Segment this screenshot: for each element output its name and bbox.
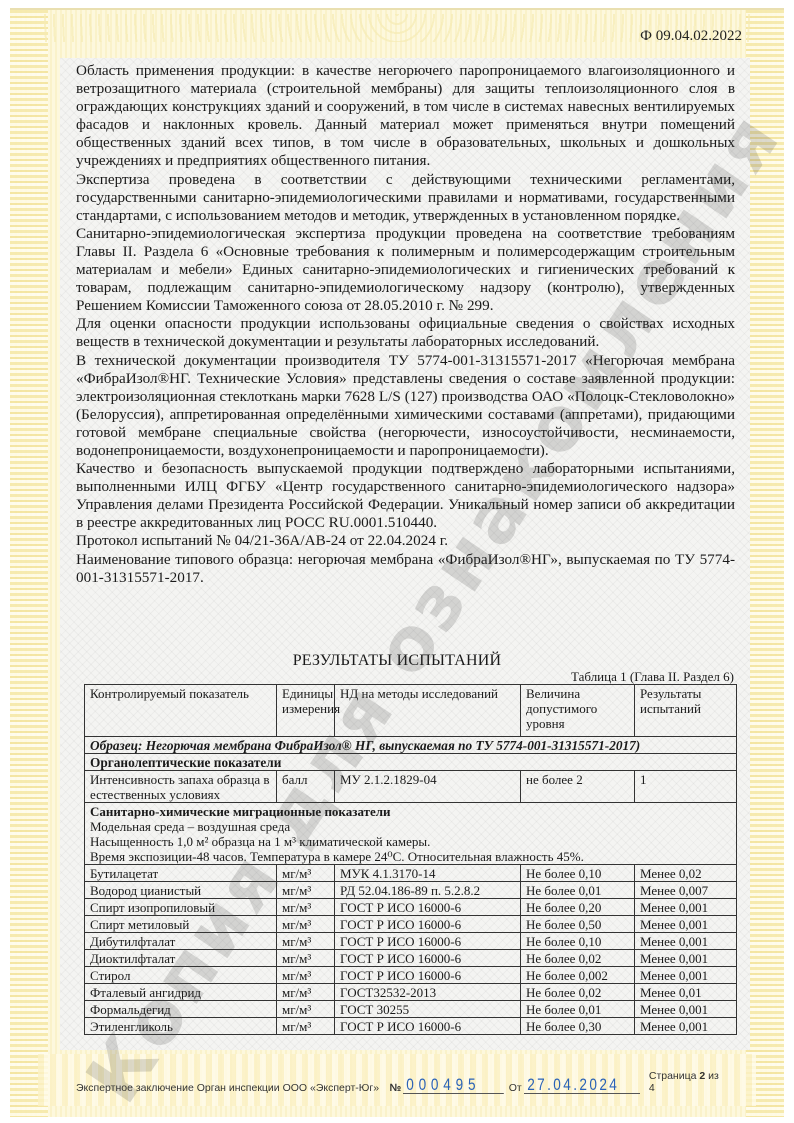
cell-allowed-level: Не более 0,10 — [521, 865, 635, 882]
cell-result: Менее 0,001 — [635, 950, 737, 967]
footer-organization: Экспертное заключение Орган инспекции ОО… — [76, 1082, 389, 1094]
header-indicator: Контролируемый показатель — [85, 685, 277, 737]
table-row: Стиролмг/м³ГОСТ Р ИСО 16000-6Не более 0,… — [85, 967, 737, 984]
cell-result: Менее 0,01 — [635, 984, 737, 1001]
cell-units: балл — [277, 771, 335, 803]
test-condition: Насыщенность 1,0 м² образца на 1 м³ клим… — [90, 834, 731, 849]
cell-allowed-level: Не более 0,01 — [521, 882, 635, 899]
cell-allowed-level: Не более 0,30 — [521, 1018, 635, 1035]
cell-units: мг/м³ — [277, 1001, 335, 1018]
cell-allowed-level: Не более 0,02 — [521, 950, 635, 967]
cell-method: ГОСТ Р ИСО 16000-6 — [335, 916, 521, 933]
cell-method: ГОСТ Р ИСО 16000-6 — [335, 967, 521, 984]
paragraph-quality: Качество и безопасность выпускаемой прод… — [76, 460, 735, 532]
cell-indicator: Этиленгликоль — [85, 1018, 277, 1035]
sample-row: Образец: Негорючая мембрана ФибраИзол® Н… — [85, 737, 737, 754]
cell-allowed-level: Не более 0,01 — [521, 1001, 635, 1018]
page-footer: Экспертное заключение Орган инспекции ОО… — [76, 1070, 726, 1094]
page-indicator: Страница 2 из 4 — [649, 1070, 726, 1094]
cell-indicator: Спирт метиловый — [85, 916, 277, 933]
cell-allowed-level: Не более 0,10 — [521, 933, 635, 950]
document-number-stamp: 000495 — [403, 1076, 503, 1094]
section-title: Органолептические показатели — [85, 754, 737, 771]
cell-method: ГОСТ Р ИСО 16000-6 — [335, 899, 521, 916]
cell-units: мг/м³ — [277, 865, 335, 882]
table-row: Формальдегидмг/м³ГОСТ 30255Не более 0,01… — [85, 1001, 737, 1018]
section-row-migration: Санитарно-химические миграционные показа… — [85, 803, 737, 865]
test-condition: Время экспозиции-48 часов. Температура в… — [90, 849, 731, 864]
cell-indicator: Спирт изопропиловый — [85, 899, 277, 916]
page-total: 4 — [649, 1082, 655, 1094]
table-row: Этиленгликольмг/м³ГОСТ Р ИСО 16000-6Не б… — [85, 1018, 737, 1035]
cell-units: мг/м³ — [277, 933, 335, 950]
section-row-organoleptic: Органолептические показатели — [85, 754, 737, 771]
cell-result: Менее 0,02 — [635, 865, 737, 882]
cell-indicator: Водород цианистый — [85, 882, 277, 899]
page-current: 2 — [699, 1070, 705, 1082]
cell-units: мг/м³ — [277, 882, 335, 899]
cell-allowed-level: Не более 0,02 — [521, 984, 635, 1001]
cell-method: ГОСТ Р ИСО 16000-6 — [335, 933, 521, 950]
cell-allowed-level: Не более 0,002 — [521, 967, 635, 984]
header-units: Единицы измерения — [277, 685, 335, 737]
test-condition: Модельная среда – воздушная среда — [90, 819, 731, 834]
header-allowed-level: Величина допустимого уровня — [521, 685, 635, 737]
cell-units: мг/м³ — [277, 967, 335, 984]
cell-result: Менее 0,001 — [635, 899, 737, 916]
cell-result: Менее 0,007 — [635, 882, 737, 899]
table-row: Интенсивность запаха образца в естествен… — [85, 771, 737, 803]
cell-result: Менее 0,001 — [635, 933, 737, 950]
section-title: Санитарно-химические миграционные показа… — [90, 804, 731, 819]
form-code: Ф 09.04.02.2022 — [640, 28, 742, 45]
cell-indicator: Формальдегид — [85, 1001, 277, 1018]
cell-indicator: Стирол — [85, 967, 277, 984]
paragraph-sample-name: Наименование типового образца: негорючая… — [76, 551, 735, 587]
cell-result: Менее 0,001 — [635, 916, 737, 933]
cell-indicator: Фталевый ангидрид — [85, 984, 277, 1001]
results-title: РЕЗУЛЬТАТЫ ИСПЫТАНИЙ — [0, 652, 794, 670]
sample-description: Образец: Негорючая мембрана ФибраИзол® Н… — [85, 737, 737, 754]
paragraph-hazard-assessment: Для оценки опасности продукции использов… — [76, 315, 735, 351]
cell-indicator: Диоктилфталат — [85, 950, 277, 967]
table-caption: Таблица 1 (Глава II. Раздел 6) — [571, 669, 734, 685]
cell-result: 1 — [635, 771, 737, 803]
table-row: Дибутилфталатмг/м³ГОСТ Р ИСО 16000-6Не б… — [85, 933, 737, 950]
cell-units: мг/м³ — [277, 950, 335, 967]
header-methods: НД на методы исследований — [335, 685, 521, 737]
cell-indicator: Бутилацетат — [85, 865, 277, 882]
document-body: Область применения продукции: в качестве… — [76, 62, 735, 587]
cell-result: Менее 0,001 — [635, 967, 737, 984]
table-row: Спирт изопропиловыймг/м³ГОСТ Р ИСО 16000… — [85, 899, 737, 916]
cell-method: МУК 4.1.3170-14 — [335, 865, 521, 882]
cell-allowed-level: не более 2 — [521, 771, 635, 803]
results-table: Контролируемый показатель Единицы измере… — [84, 684, 737, 1035]
table-row: Водород цианистыймг/м³РД 52.04.186-89 п.… — [85, 882, 737, 899]
cell-indicator: Дибутилфталат — [85, 933, 277, 950]
paragraph-protocol: Протокол испытаний № 04/21-36А/АВ-24 от … — [76, 532, 735, 550]
paragraph-expertise-basis: Экспертиза проведена в соответствии с де… — [76, 171, 735, 225]
cell-method: ГОСТ 30255 — [335, 1001, 521, 1018]
cell-result: Менее 0,001 — [635, 1018, 737, 1035]
table-row: Фталевый ангидридмг/м³ГОСТ32532-2013Не б… — [85, 984, 737, 1001]
header-results: Результаты испытаний — [635, 685, 737, 737]
table-row: Диоктилфталатмг/м³ГОСТ Р ИСО 16000-6Не б… — [85, 950, 737, 967]
cell-units: мг/м³ — [277, 899, 335, 916]
cell-allowed-level: Не более 0,20 — [521, 899, 635, 916]
cell-allowed-level: Не более 0,50 — [521, 916, 635, 933]
paragraph-scope: Область применения продукции: в качестве… — [76, 62, 735, 171]
document-date-stamp: 27.04.2024 — [524, 1076, 640, 1094]
cell-method: ГОСТ Р ИСО 16000-6 — [335, 950, 521, 967]
cell-units: мг/м³ — [277, 916, 335, 933]
cell-units: мг/м³ — [277, 984, 335, 1001]
cell-method: РД 52.04.186-89 п. 5.2.8.2 — [335, 882, 521, 899]
cell-method: МУ 2.1.2.1829-04 — [335, 771, 521, 803]
footer-date-label: От — [509, 1082, 522, 1094]
paragraph-technical-docs: В технической документации производителя… — [76, 352, 735, 461]
cell-indicator: Интенсивность запаха образца в естествен… — [85, 771, 277, 803]
table-header-row: Контролируемый показатель Единицы измере… — [85, 685, 737, 737]
cell-method: ГОСТ Р ИСО 16000-6 — [335, 1018, 521, 1035]
cell-method: ГОСТ32532-2013 — [335, 984, 521, 1001]
table-row: Бутилацетатмг/м³МУК 4.1.3170-14Не более … — [85, 865, 737, 882]
footer-number-label: № — [389, 1082, 401, 1094]
cell-units: мг/м³ — [277, 1018, 335, 1035]
cell-result: Менее 0,001 — [635, 1001, 737, 1018]
table-row: Спирт метиловыймг/м³ГОСТ Р ИСО 16000-6Не… — [85, 916, 737, 933]
paragraph-requirements: Санитарно-эпидемиологическая экспертиза … — [76, 225, 735, 315]
migration-conditions: Санитарно-химические миграционные показа… — [85, 803, 737, 865]
